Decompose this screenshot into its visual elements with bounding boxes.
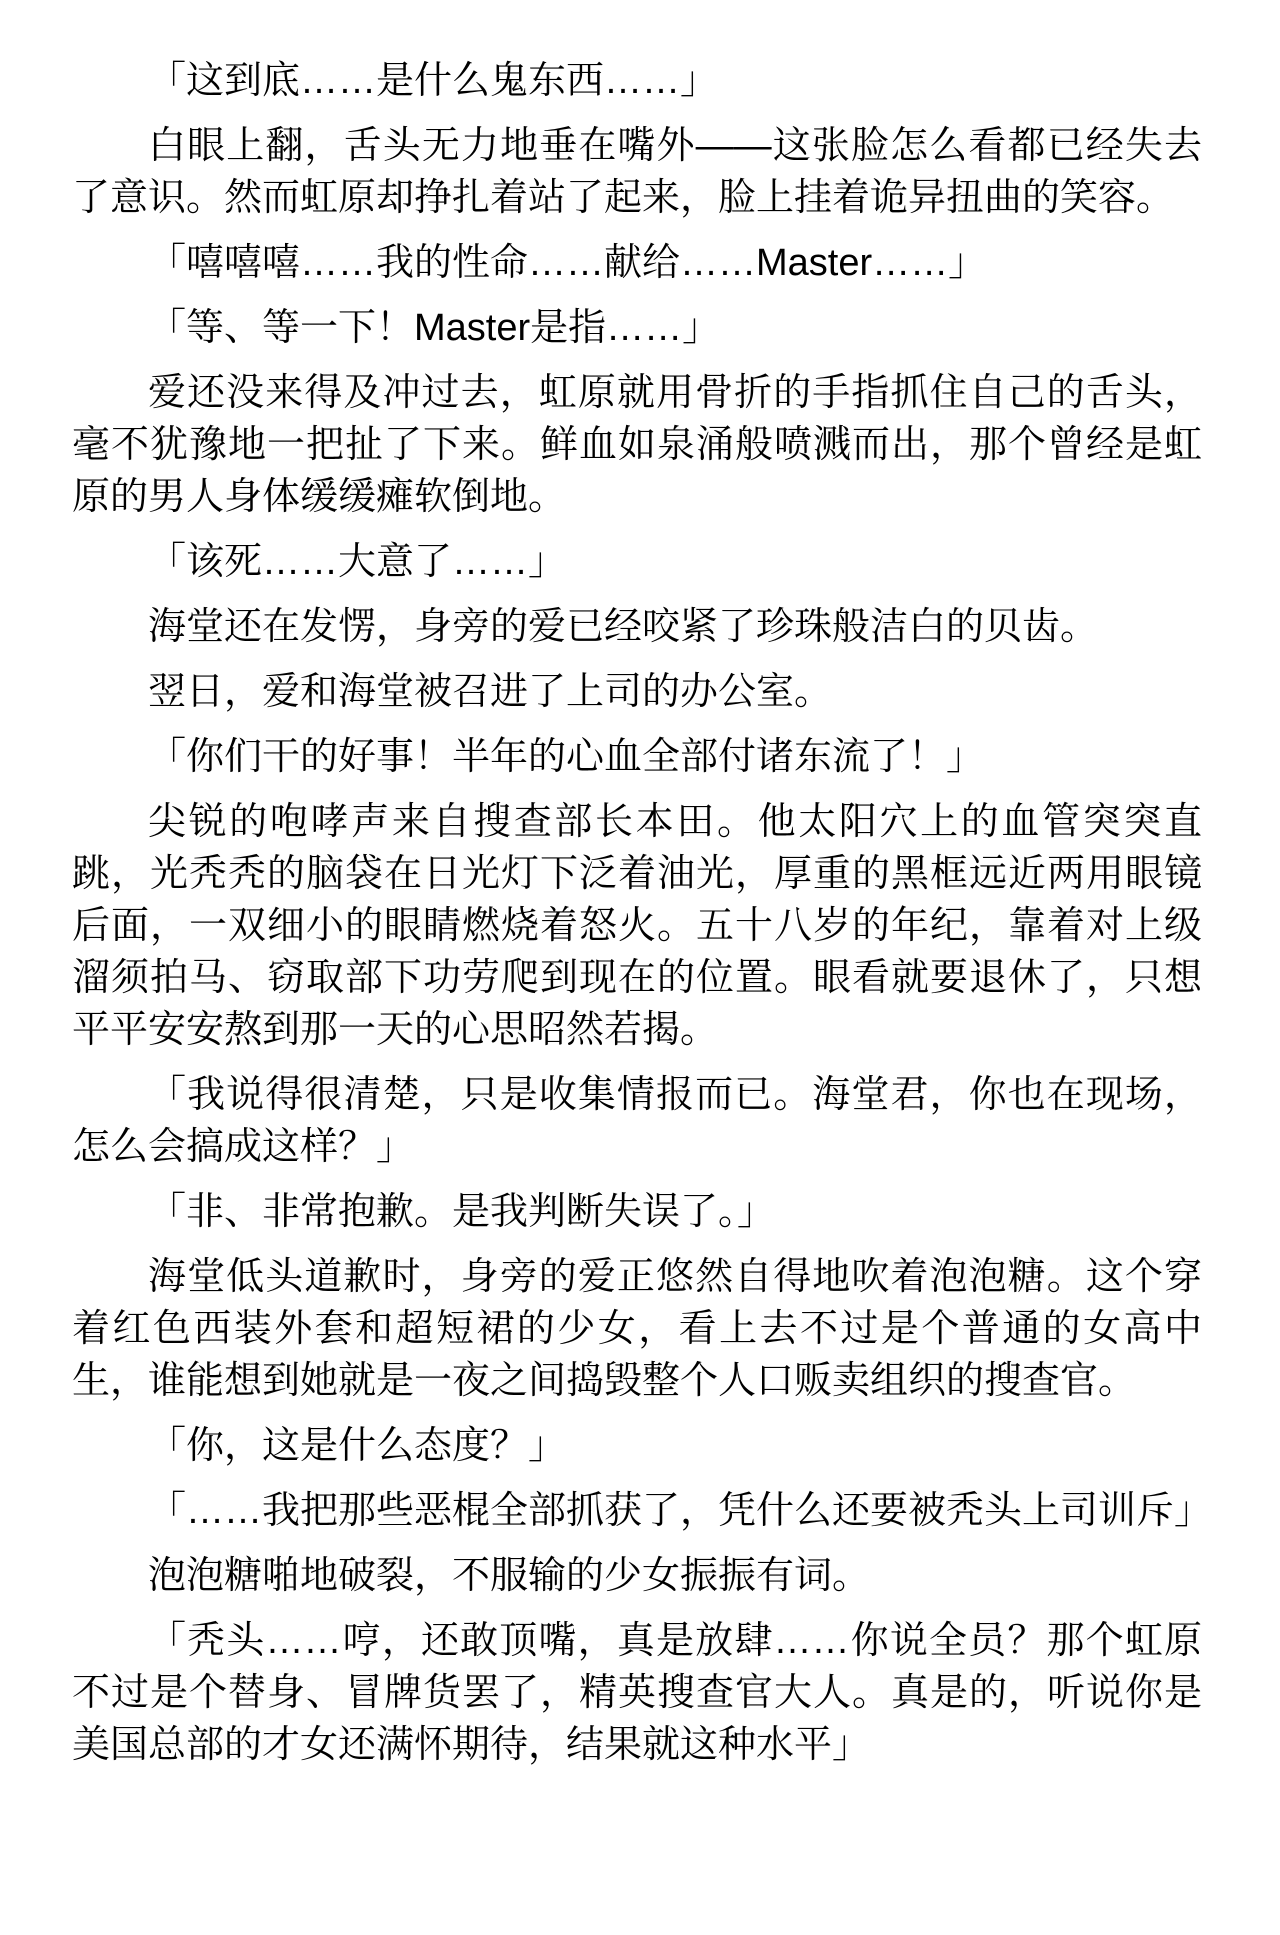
paragraph-narration: 泡泡糖啪地破裂，不服输的少女振振有词。 (72, 1550, 1202, 1602)
novel-page: 「这到底……是什么鬼东西……」 白眼上翻，舌头无力地垂在嘴外——这张脸怎么看都已… (0, 0, 1280, 1935)
paragraph-narration: 白眼上翻，舌头无力地垂在嘴外——这张脸怎么看都已经失去了意识。然而虹原却挣扎着站… (72, 120, 1202, 224)
paragraph-narration: 海堂低头道歉时，身旁的爱正悠然自得地吹着泡泡糖。这个穿着红色西装外套和超短裙的少… (72, 1251, 1202, 1407)
paragraph-narration: 翌日，爱和海堂被召进了上司的办公室。 (72, 666, 1202, 718)
paragraph-dialogue: 「这到底……是什么鬼东西……」 (72, 55, 1202, 107)
paragraph-dialogue: 「你，这是什么态度？」 (72, 1420, 1202, 1472)
paragraph-dialogue: 「等、等一下！Master是指……」 (72, 302, 1202, 354)
paragraph-dialogue: 「非、非常抱歉。是我判断失误了。」 (72, 1186, 1202, 1238)
paragraph-dialogue: 「……我把那些恶棍全部抓获了，凭什么还要被秃头上司训斥」 (72, 1485, 1202, 1537)
paragraph-narration: 尖锐的咆哮声来自搜查部长本田。他太阳穴上的血管突突直跳，光秃秃的脑袋在日光灯下泛… (72, 796, 1202, 1056)
paragraph-dialogue: 「该死……大意了……」 (72, 536, 1202, 588)
paragraph-narration: 海堂还在发愣，身旁的爱已经咬紧了珍珠般洁白的贝齿。 (72, 601, 1202, 653)
paragraph-dialogue: 「嘻嘻嘻……我的性命……献给……Master……」 (72, 237, 1202, 289)
paragraph-dialogue: 「秃头……哼，还敢顶嘴，真是放肆……你说全员？那个虹原不过是个替身、冒牌货罢了，… (72, 1615, 1202, 1771)
paragraph-dialogue: 「我说得很清楚，只是收集情报而已。海堂君，你也在现场，怎么会搞成这样？」 (72, 1069, 1202, 1173)
paragraph-narration: 爱还没来得及冲过去，虹原就用骨折的手指抓住自己的舌头，毫不犹豫地一把扯了下来。鲜… (72, 367, 1202, 523)
paragraph-dialogue: 「你们干的好事！半年的心血全部付诸东流了！」 (72, 731, 1202, 783)
text-content: 「这到底……是什么鬼东西……」 白眼上翻，舌头无力地垂在嘴外——这张脸怎么看都已… (0, 0, 1280, 1771)
